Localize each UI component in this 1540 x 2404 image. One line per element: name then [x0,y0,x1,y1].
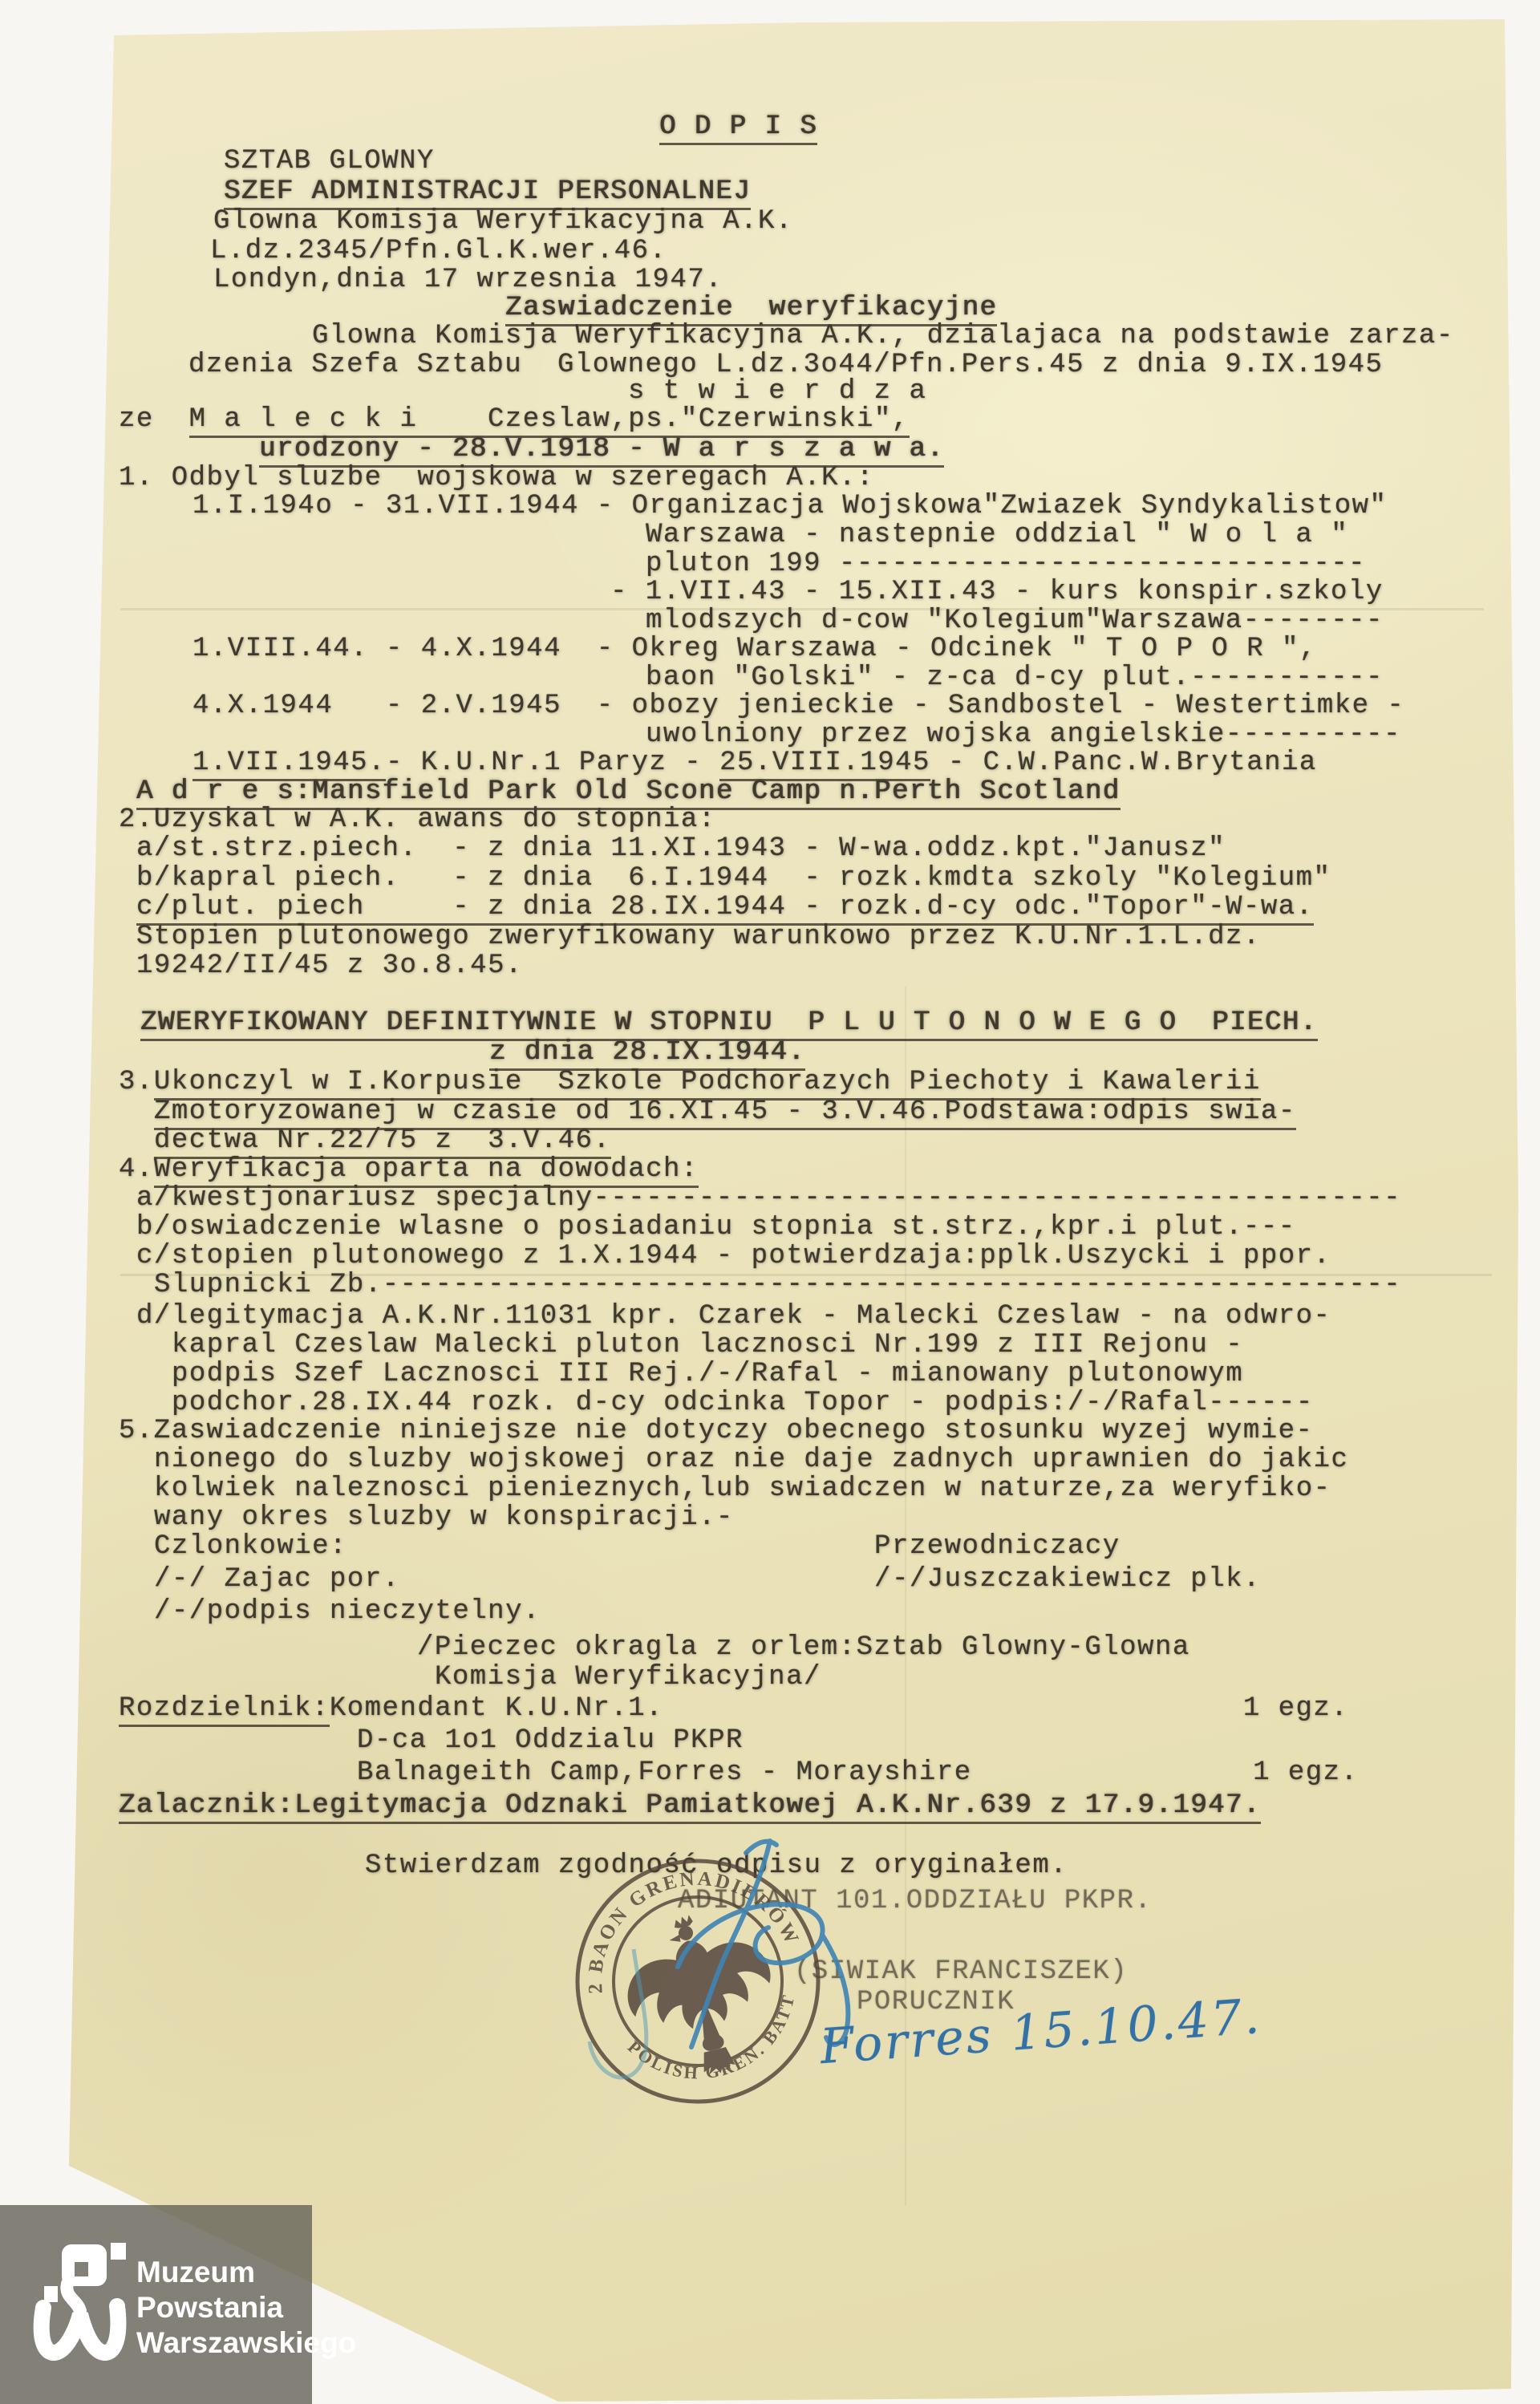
typed-line: Warszawa - nastepnie oddzial " W o l a " [646,521,1348,549]
typed-line: Komisja Weryfikacyjna/ [435,1663,821,1692]
museum-name-line: Muzeum [136,2255,356,2290]
typed-line: ADIUTANT 101.ODDZIAŁU PKPR. [678,1887,1152,1915]
typed-line: c/stopien plutonowego z 1.X.1944 - potwi… [136,1242,1331,1271]
museum-watermark: Muzeum Powstania Warszawskiego [0,2205,312,2404]
typed-line: 1. Odbyl sluzbe wojskowa w szeregach A.K… [119,464,874,493]
typed-line: 4.Weryfikacja oparta na dowodach: [119,1155,699,1184]
typed-line: c/plut. piech - z dnia 28.IX.1944 - rozk… [136,893,1314,922]
typed-line: Balnageith Camp,Forres - Morayshire 1 eg… [357,1758,1359,1787]
typed-line: podpis Szef Lacznosci III Rej./-/Rafal -… [172,1360,1243,1388]
typed-line: L.dz.2345/Pfn.Gl.K.wer.46. [210,237,667,266]
typed-line: Zalacznik:Legitymacja Odznaki Pamiatkowe… [119,1791,1261,1820]
typed-line: /Pieczec okragla z orlem:Sztab Glowny-Gl… [417,1633,1190,1662]
typed-line: ze M a l e c k i Czeslaw,ps."Czerwinski"… [119,405,910,434]
typed-line: - 1.VII.43 - 15.XII.43 - kurs konspir.sz… [610,578,1384,606]
typed-line: /-/podpis nieczytelny. [154,1597,541,1626]
typed-line: Zaswiadczenie weryfikacyjne [505,294,997,322]
typed-line: Rozdzielnik:Komendant K.U.Nr.1. 1 egz. [119,1694,1348,1723]
typed-line: Czlonkowie: Przewodniczacy [154,1532,1121,1561]
museum-name-line: Powstania [136,2290,356,2325]
typed-line: ZWERYFIKOWANY DEFINITYWNIE W STOPNIU P L… [140,1008,1318,1037]
typed-line: 3.Ukonczyl w I.Korpusie Szkole Podchoraz… [119,1068,1261,1097]
typed-line: Londyn,dnia 17 wrzesnia 1947. [213,266,723,294]
typed-line: a/st.strz.piech. - z dnia 11.XI.1943 - W… [136,834,1226,863]
typed-line: a/kwestjonariusz specjalny--------------… [136,1184,1401,1213]
typed-line: uwolniony przez wojska angielskie-------… [646,720,1401,749]
document-scan: O D P I SSZTAB GLOWNYSZEF ADMINISTRACJI … [0,0,1540,2404]
typed-line: Glowna Komisja Weryfikacyjna A.K., dzial… [312,322,1454,351]
typed-line: Stwierdzam zgodność odpisu z oryginałem. [365,1851,1068,1880]
typed-line: 19242/II/45 z 3o.8.45. [136,951,523,980]
typed-line: D-ca 1o1 Oddzialu PKPR [357,1726,744,1755]
typed-line: pluton 199 -----------------------------… [646,549,1366,578]
museum-name-line: Warszawskiego [136,2325,356,2361]
typed-line: 1.VII.1945.- K.U.Nr.1 Paryz - 25.VIII.19… [192,748,1317,777]
museum-name: Muzeum Powstania Warszawskiego [136,2255,356,2361]
typed-line: z dnia 28.IX.1944. [489,1038,805,1067]
typed-line: urodzony - 28.V.1918 - W a r s z a w a. [259,435,944,464]
typed-line: 2.Uzyskal w A.K. awans do stopnia: [119,805,716,834]
typed-line: A d r e s:Mansfield Park Old Scone Camp … [136,777,1121,806]
typed-line: 5.Zaswiadczenie niniejsze nie dotyczy ob… [119,1417,1313,1445]
typed-line: s t w i e r d z a [628,377,926,406]
typed-line: O D P I S [659,112,817,141]
typed-line: (SIWIAK FRANCISZEK) [794,1957,1128,1986]
typed-line: 1.I.194o - 31.VII.1944 - Organizacja Woj… [192,492,1387,521]
typed-line: podchor.28.IX.44 rozk. d-cy odcinka Topo… [172,1388,1314,1417]
typed-line: Slupnicki Zb.---------------------------… [154,1271,1401,1299]
typed-line: 1.VIII.44. - 4.X.1944 - Okreg Warszawa -… [192,634,1317,663]
typed-line: Glowna Komisja Weryfikacyjna A.K. [213,207,793,236]
typed-line: mlodszych d-cow "Kolegium"Warszawa------… [646,606,1384,635]
typed-line: baon "Golski" - z-ca d-cy plut.---------… [646,663,1384,692]
typed-line: nionego do sluzby wojskowej oraz nie daj… [154,1445,1348,1474]
typed-line: b/oswiadczenie wlasne o posiadaniu stopn… [136,1213,1296,1242]
typed-line: SZTAB GLOWNY [224,147,435,176]
typed-line: Zmotoryzowanej w czasie od 16.XI.45 - 3.… [154,1097,1296,1126]
kotwica-anchor-icon [29,2236,133,2372]
typed-line: kapral Czeslaw Malecki pluton lacznosci … [172,1331,1243,1360]
typed-line: d/legitymacja A.K.Nr.11031 kpr. Czarek -… [136,1302,1331,1331]
typed-line: wany okres sluzby w konspiracji.- [154,1503,734,1532]
typed-line: /-/ Zajac por. /-/Juszczakiewicz plk. [154,1565,1261,1594]
typed-line: 4.X.1944 - 2.V.1945 - obozy jenieckie - … [192,691,1404,720]
typed-line: Stopien plutonowego zweryfikowany warunk… [136,922,1261,951]
typed-line: SZEF ADMINISTRACJI PERSONALNEJ [224,177,751,206]
typed-line: dectwa Nr.22/75 z 3.V.46. [154,1126,611,1155]
typed-line: kolwiek naleznosci pienieznych,lub swiad… [154,1474,1331,1503]
typed-line: b/kapral piech. - z dnia 6.I.1944 - rozk… [136,864,1331,893]
typed-line: dzenia Szefa Sztabu Glownego L.dz.3o44/P… [188,351,1383,379]
